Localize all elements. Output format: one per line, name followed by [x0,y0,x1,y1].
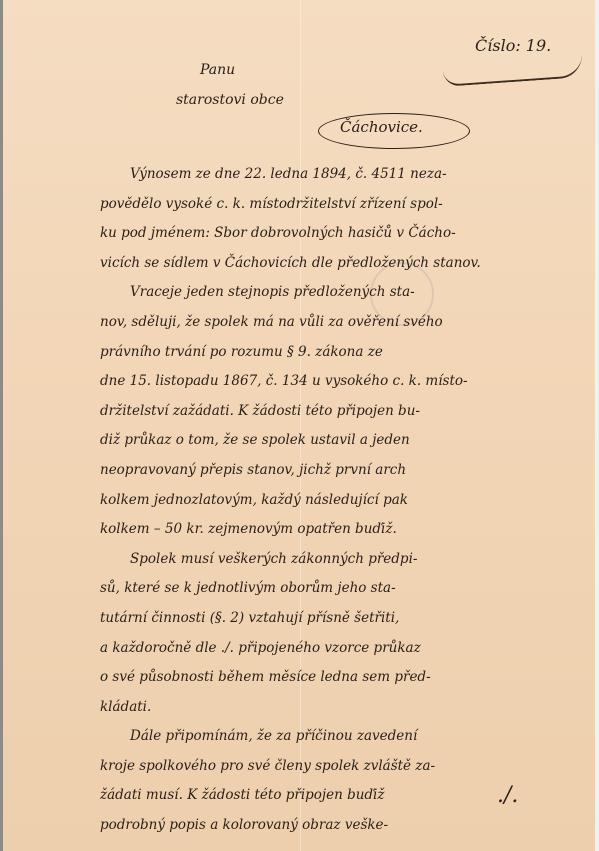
paragraph-3: Spolek musí veškerých zákonných předpi- … [100,545,570,723]
text-line: diž průkaz o tom, že se spolek ustavil a… [100,426,570,456]
text-line: neopravovaný přepis stanov, jichž první … [100,456,570,486]
paragraph-2: Vraceje jeden stejnopis předložených sta… [100,278,570,544]
text-line: držitelství zažádati. K žádosti této při… [100,397,570,427]
recipient-line-2: starostovi obce [176,92,284,108]
number-flourish [442,53,583,87]
text-line: kládati. [100,693,570,723]
text-line: Vraceje jeden stejnopis předložených sta… [100,278,570,308]
text-line: Výnosem ze dne 22. ledna 1894, č. 4511 n… [100,160,570,190]
text-line: vicích se sídlem v Čáchovicích dle předl… [100,249,570,279]
text-line: kolkem jednozlatovým, každý následující … [100,486,570,516]
text-line: ku pod jménem: Sbor dobrovolných hasičů … [100,219,570,249]
text-line: dne 15. listopadu 1867, č. 134 u vysokéh… [100,367,570,397]
recipient-line-3: Čáchovice. [340,118,423,136]
recipient-line-1: Panu [200,62,235,78]
paragraph-1: Výnosem ze dne 22. ledna 1894, č. 4511 n… [100,160,570,278]
text-line: Spolek musí veškerých zákonných předpi- [100,545,570,575]
text-line: kolkem – 50 kr. zejmenovým opatřen buďiž… [100,515,570,545]
text-line: podrobný popis a kolorovaný obraz veške- [100,811,570,841]
letter-page: Číslo: 19. Panu starostovi obce Čáchovic… [0,0,599,851]
text-line: sů, které se k jednotlivým oborům jeho s… [100,574,570,604]
text-line: tutární činnosti (§. 2) vztahují přísně … [100,604,570,634]
text-line: právního trvání po rozumu § 9. zákona ze [100,338,570,368]
scan-left-border [0,0,3,851]
continuation-mark: ./. [497,783,518,808]
text-line: a každoročně dle ./. připojeného vzorce … [100,634,570,664]
text-line: povědělo vysoké c. k. místodržitelství z… [100,190,570,220]
paragraph-4: Dále připomínám, že za příčinou zavedení… [100,722,570,840]
text-line: nov, sděluji, že spolek má na vůli za ov… [100,308,570,338]
letter-body: Výnosem ze dne 22. ledna 1894, č. 4511 n… [100,160,570,841]
text-line: kroje spolkového pro své členy spolek zv… [100,752,570,782]
text-line: Dále připomínám, že za příčinou zavedení [100,722,570,752]
scan-right-border [595,0,599,851]
document-number: Číslo: 19. [475,36,551,55]
text-line: o své působnosti během měsíce ledna sem … [100,663,570,693]
